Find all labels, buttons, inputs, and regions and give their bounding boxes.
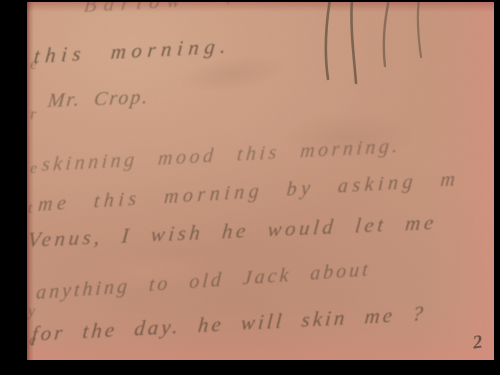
paper-smudge bbox=[175, 50, 289, 99]
handwriting-line: this morning. bbox=[33, 34, 232, 69]
paper-smudge bbox=[67, 252, 227, 292]
tally-mark bbox=[418, 2, 421, 57]
edge-fragment: e bbox=[30, 56, 37, 74]
page-number: 2 bbox=[472, 331, 484, 354]
handwriting-line: for the day. he will skin me ? bbox=[31, 301, 427, 347]
paper-grain-texture bbox=[27, 2, 494, 360]
tally-mark bbox=[384, 2, 389, 66]
handwriting-line: Venus, I wish he would let me bbox=[27, 210, 438, 253]
video-frame: Barlow 7 this morning. Mr. Crop. skinnin… bbox=[0, 0, 500, 375]
tally-mark bbox=[326, 2, 330, 79]
edge-fragment: e bbox=[29, 332, 36, 350]
edge-fragment: y bbox=[28, 303, 35, 321]
handwriting-line: Mr. Crop. bbox=[47, 86, 151, 113]
tally-marks bbox=[27, 2, 494, 360]
handwriting-header: Barlow 7 bbox=[83, 2, 245, 18]
letter-page: Barlow 7 this morning. Mr. Crop. skinnin… bbox=[27, 2, 494, 360]
edge-fragment: e bbox=[30, 160, 37, 178]
edge-fragment: r bbox=[30, 106, 36, 124]
tally-mark bbox=[351, 2, 356, 83]
handwriting-line: me this morning by asking m bbox=[37, 168, 460, 217]
paper-smudge bbox=[277, 112, 417, 162]
handwriting-line: skinning mood this morning. bbox=[41, 135, 402, 177]
edge-fragment: t bbox=[28, 200, 32, 218]
handwriting-line: anything to old Jack about bbox=[35, 259, 371, 306]
